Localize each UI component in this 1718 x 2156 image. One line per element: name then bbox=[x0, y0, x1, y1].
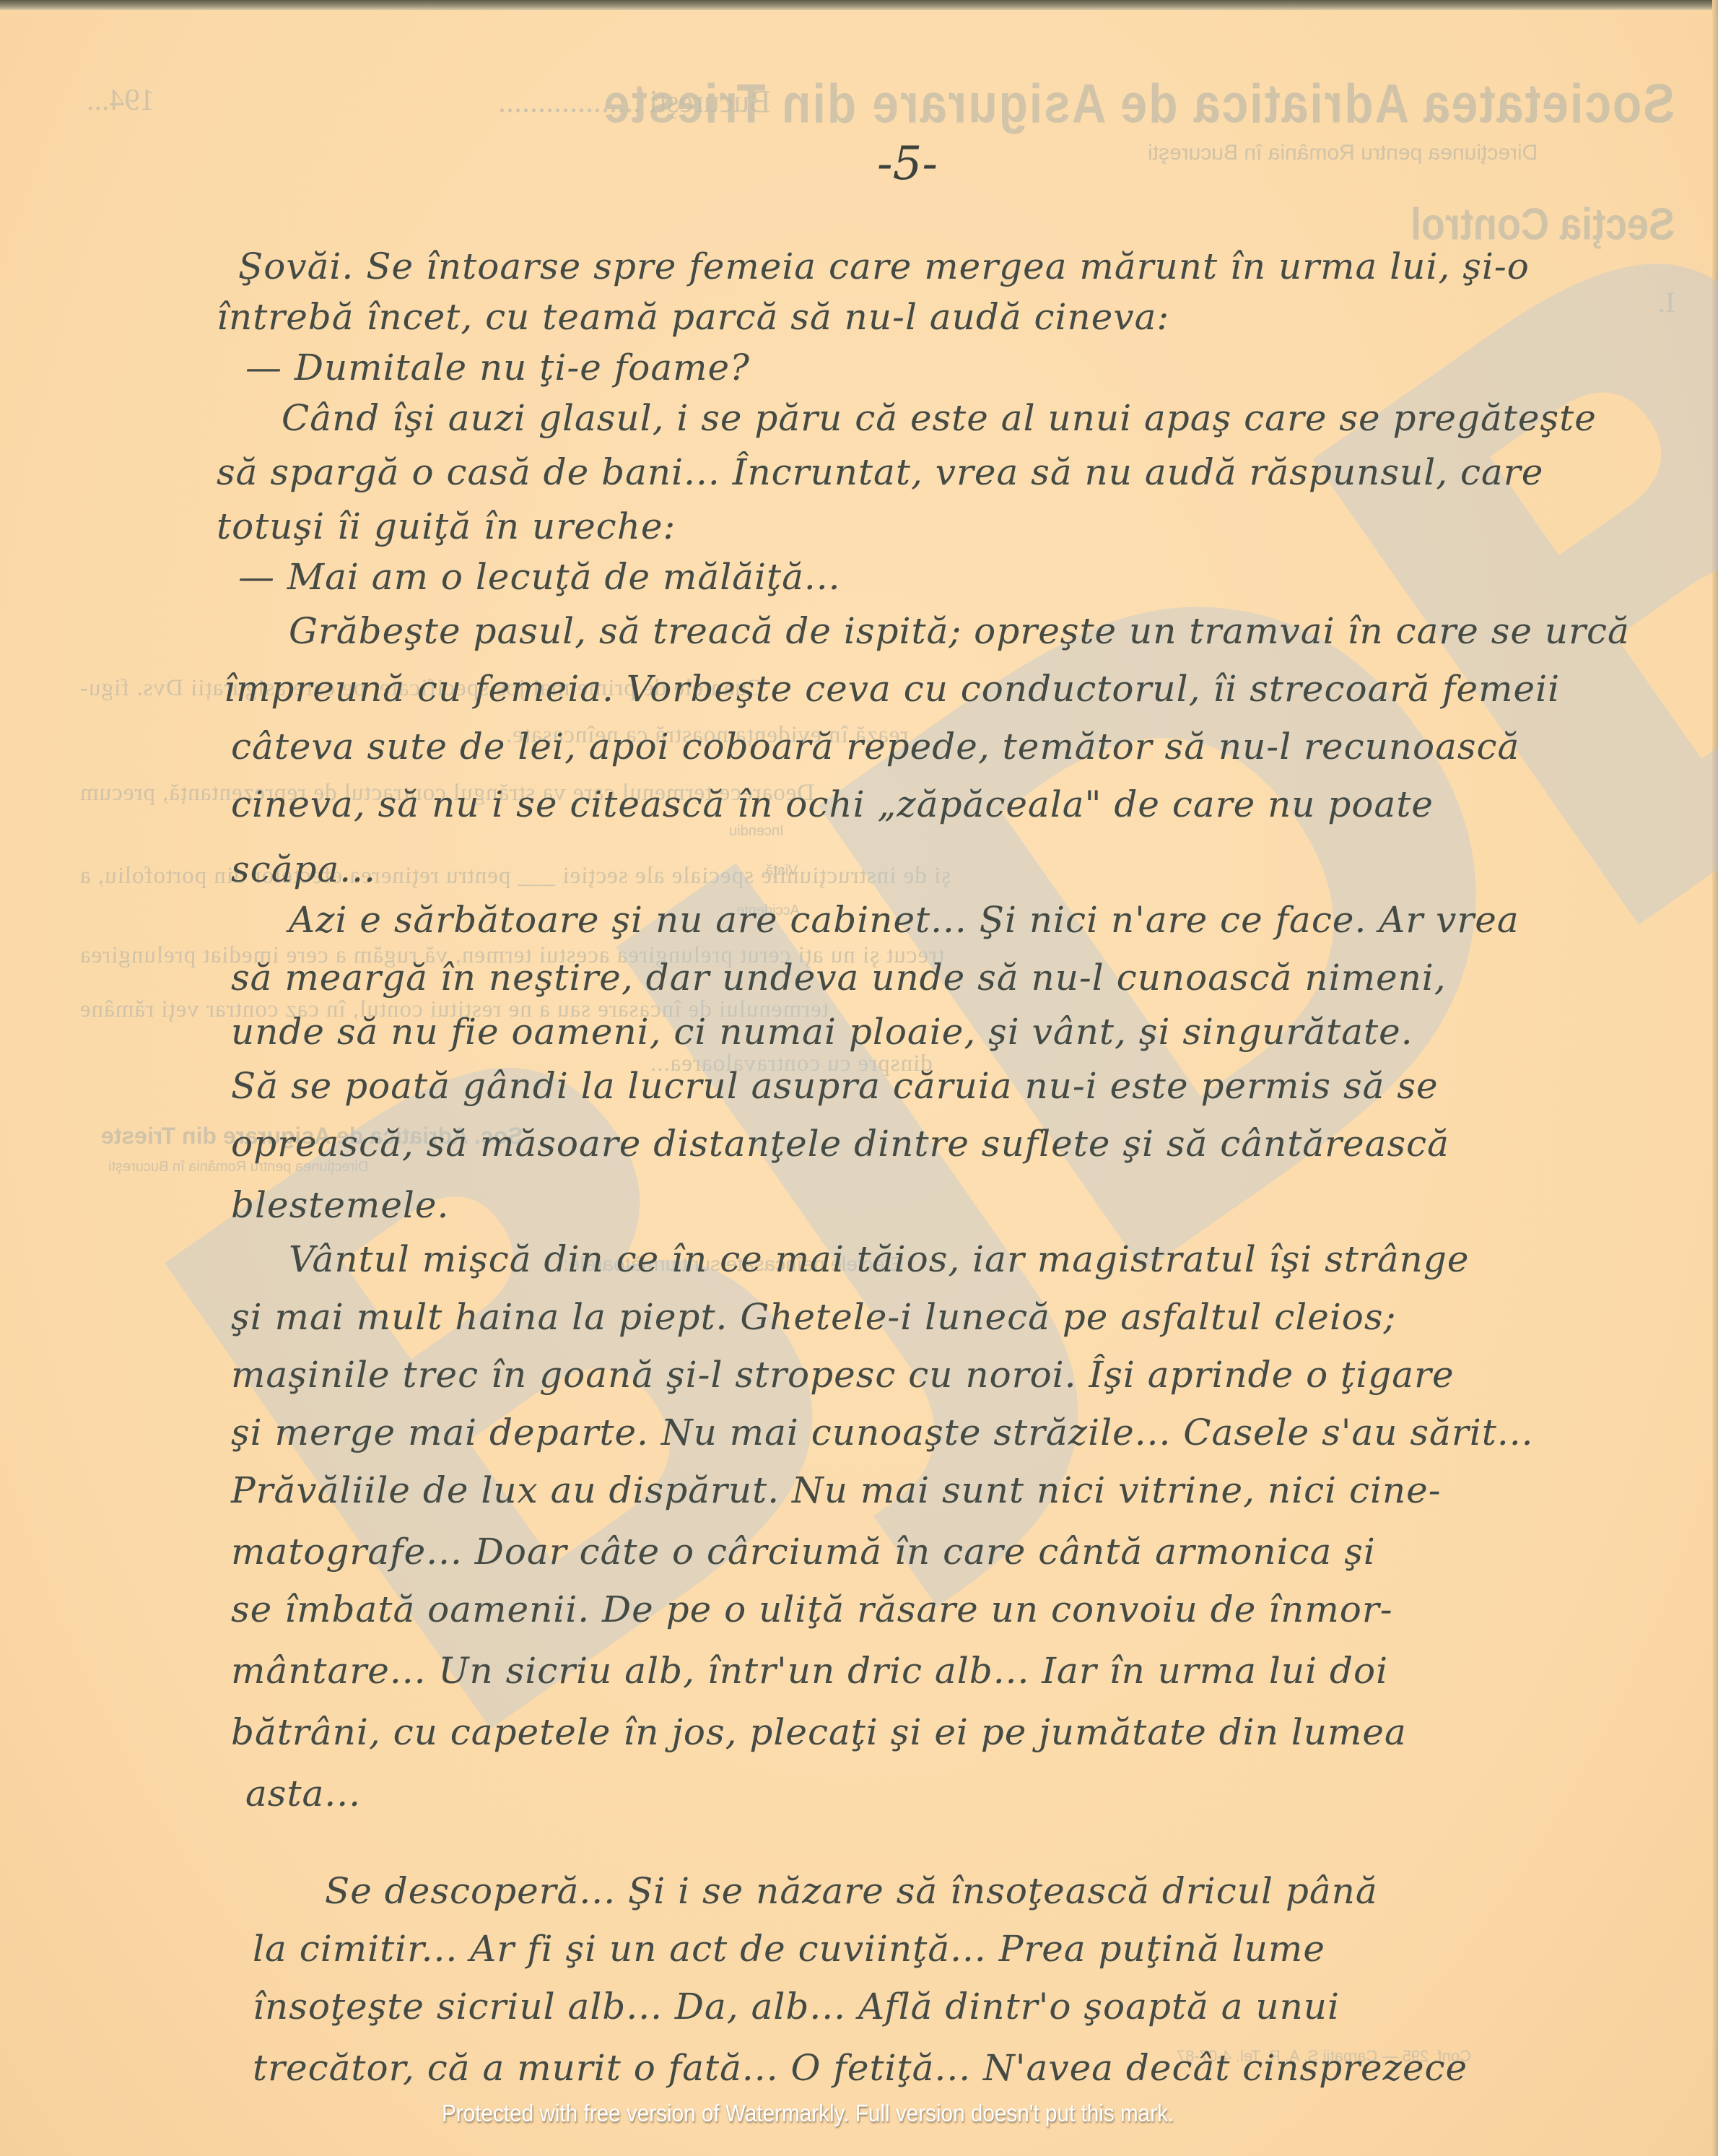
letterhead-city-date: Bucureşti .................. bbox=[498, 83, 771, 120]
handwritten-line: întrebă încet, cu teamă parcă să nu-l au… bbox=[217, 296, 1169, 338]
handwritten-line: şi merge mai departe. Nu mai cunoaşte st… bbox=[231, 1412, 1534, 1453]
handwritten-line: totuşi îi guiţă în ureche: bbox=[217, 505, 676, 547]
handwritten-line: Vântul mişcă din ce în ce mai tăios, iar… bbox=[289, 1238, 1469, 1280]
handwritten-line: Azi e sărbătoare şi nu are cabinet... Şi… bbox=[289, 899, 1519, 941]
handwritten-line: se îmbată oamenii. De pe o uliţă răsare … bbox=[231, 1588, 1393, 1630]
handwritten-line: asta... bbox=[245, 1773, 361, 1814]
handwritten-line: Grăbeşte pasul, să treacă de ispită; opr… bbox=[289, 610, 1630, 652]
handwritten-line: Şovăi. Se întoarse spre femeia care merg… bbox=[238, 245, 1530, 287]
handwritten-line: să meargă în neştire, dar undeva unde să… bbox=[231, 957, 1447, 999]
handwritten-line: matografe... Doar câte o cârciumă în car… bbox=[231, 1531, 1376, 1573]
page-number: -5- bbox=[877, 137, 938, 191]
handwritten-line: maşinile trec în goană şi-l stropesc cu … bbox=[231, 1354, 1455, 1396]
handwritten-line: scăpa... bbox=[231, 848, 376, 890]
letterhead-year: 194... bbox=[87, 83, 155, 118]
handwritten-line: Se descoperă... Şi i se năzare să însoţe… bbox=[325, 1870, 1378, 1912]
handwritten-line: însoţeşte sicriul alb... Da, alb... Află… bbox=[253, 1986, 1340, 2027]
handwritten-line: să spargă o casă de bani... Încruntat, v… bbox=[217, 451, 1543, 493]
handwritten-line: mântare... Un sicriu alb, într'un dric a… bbox=[231, 1650, 1388, 1692]
handwritten-line: Să se poată gândi la lucrul asupra cărui… bbox=[231, 1065, 1439, 1107]
handwritten-line: oprească, să măsoare distanţele dintre s… bbox=[231, 1123, 1449, 1165]
handwritten-line: Când îşi auzi glasul, i se păru că este … bbox=[282, 397, 1597, 439]
handwritten-line: bătrâni, cu capetele în jos, plecaţi şi … bbox=[231, 1711, 1407, 1753]
watermarkly-notice: Protected with free version of Watermark… bbox=[442, 2100, 1174, 2127]
handwritten-line: unde să nu fie oameni, ci numai ploaie, … bbox=[231, 1011, 1413, 1053]
handwritten-line: Prăvăliile de lux au dispărut. Nu mai su… bbox=[231, 1469, 1442, 1511]
handwritten-line: cineva, să nu i se citească în ochi „zăp… bbox=[231, 783, 1434, 825]
handwritten-line: şi mai mult haina la piept. Ghetele-i lu… bbox=[231, 1296, 1396, 1338]
handwritten-line: împreună cu femeia. Vorbeşte ceva cu con… bbox=[224, 668, 1560, 710]
scan-top-edge bbox=[0, 0, 1718, 10]
handwritten-line: — Mai am o lecuţă de mălăiţă... bbox=[238, 556, 841, 598]
handwritten-line: blestemele. bbox=[231, 1184, 449, 1226]
handwritten-line: câteva sute de lei, apoi coboară repede,… bbox=[231, 726, 1519, 768]
manuscript-page: Societatea Adriatica de Asigurare din Tr… bbox=[0, 0, 1718, 2156]
handwritten-line: — Dumitale nu ţi-e foame? bbox=[245, 347, 750, 388]
handwritten-line: trecător, că a murit o fată... O fetiţă.… bbox=[253, 2047, 1468, 2089]
handwritten-line: la cimitir... Ar fi şi un act de cuviinţ… bbox=[253, 1928, 1325, 1970]
